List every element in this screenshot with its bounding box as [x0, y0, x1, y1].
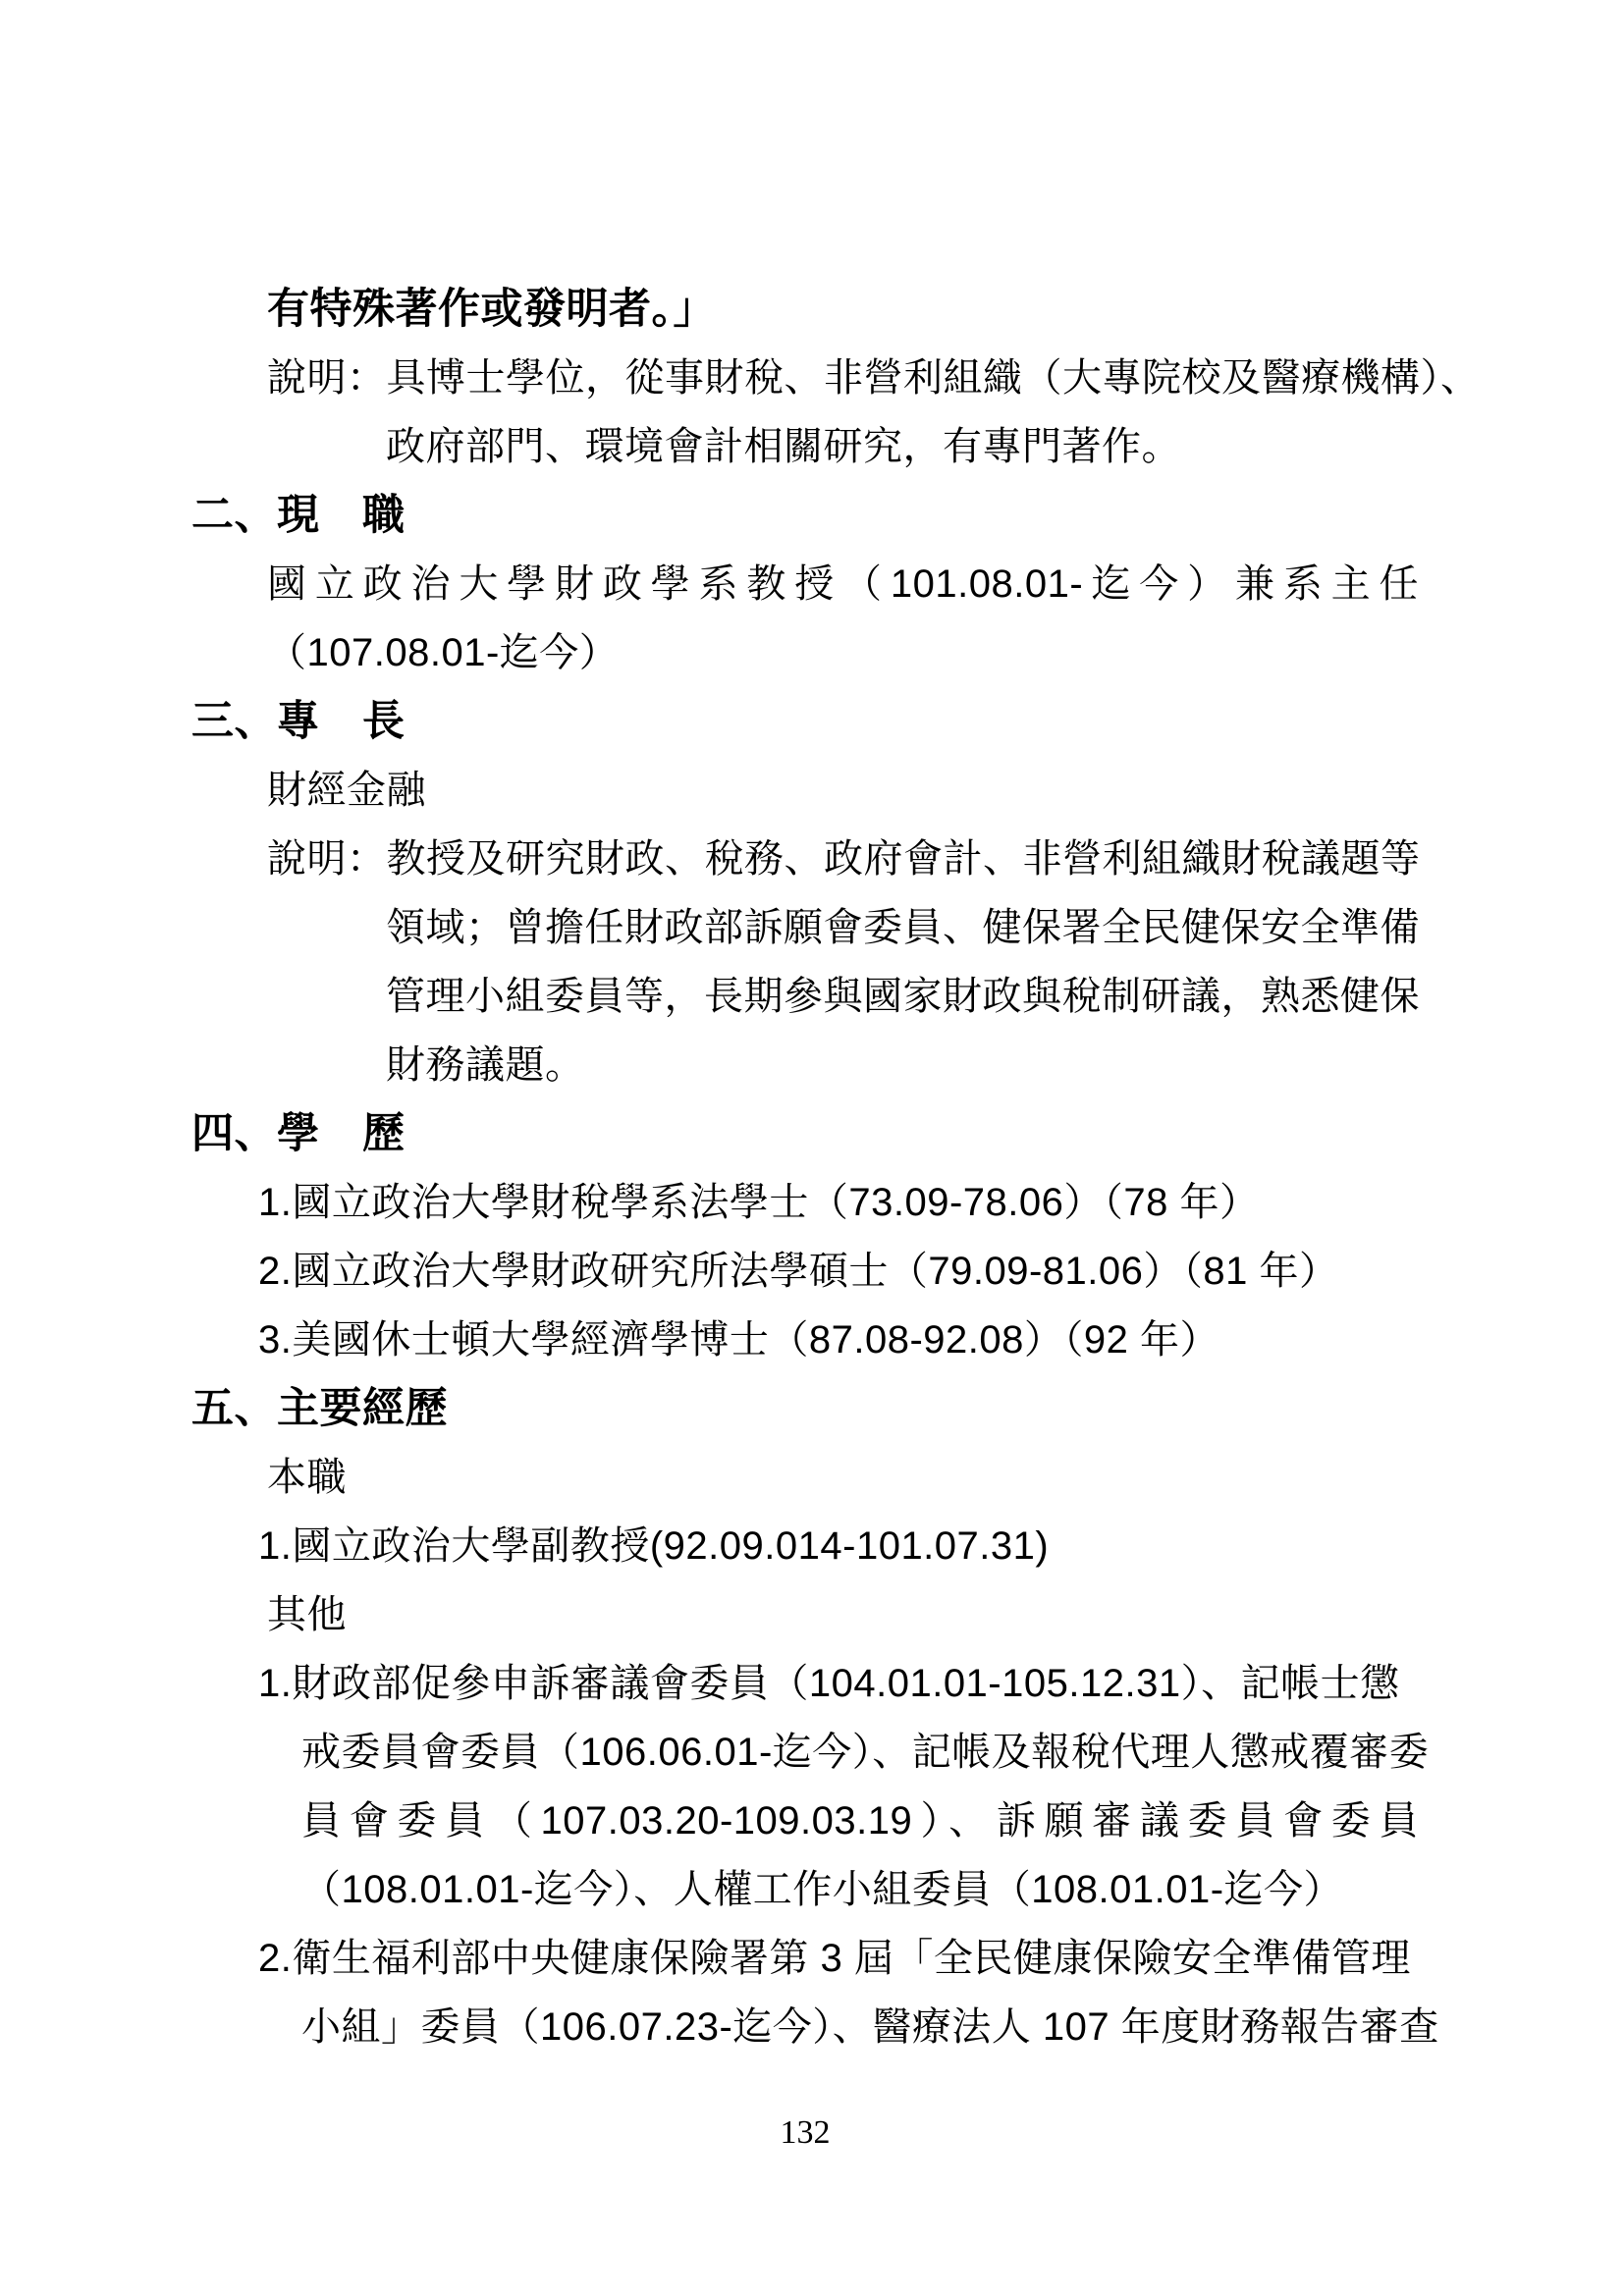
experience-primary-label: 本職	[191, 1443, 1419, 1512]
specialty-note-line-3: 管理小組委員等，長期參與國家財政與稅制研議，熟悉健保	[191, 962, 1419, 1031]
heading-experience: 五、主要經歷	[191, 1374, 1419, 1443]
education-item-2: 2.國立政治大學財政研究所法學碩士（79.09-81.06）（81 年）	[191, 1237, 1419, 1306]
experience-other-item-1-line-3: 員會委員（107.03.20-109.03.19）、訴願審議委員會委員	[191, 1787, 1419, 1855]
experience-primary-item-1: 1.國立政治大學副教授(92.09.014-101.07.31)	[191, 1512, 1419, 1580]
experience-other-item-1-line-2: 戒委員會委員（106.06.01-迄今）、記帳及報稅代理人懲戒覆審委	[191, 1718, 1419, 1787]
specialty-note-line-4: 財務議題。	[191, 1031, 1419, 1099]
experience-other-label: 其他	[191, 1580, 1419, 1649]
heading-current-position: 二、現 職	[191, 481, 1419, 550]
heading-education: 四、學 歷	[191, 1099, 1419, 1168]
experience-other-item-2-line-2: 小組」委員（106.07.23-迄今）、醫療法人 107 年度財務報告審查	[191, 1993, 1419, 2061]
document-content: 有特殊著作或發明者。」 說明：具博士學位，從事財稅、非營利組織（大專院校及醫療機…	[191, 275, 1419, 2061]
specialty-field: 財經金融	[191, 756, 1419, 825]
quote-end-bold-line: 有特殊著作或發明者。」	[191, 275, 1419, 344]
page-number: 132	[191, 2109, 1419, 2158]
specialty-note-line-1: 說明：教授及研究財政、稅務、政府會計、非營利組織財稅議題等	[191, 825, 1419, 893]
education-item-1: 1.國立政治大學財稅學系法學士（73.09-78.06）（78 年）	[191, 1168, 1419, 1237]
experience-other-item-1-line-1: 1.財政部促參申訴審議會委員（104.01.01-105.12.31）、記帳士懲	[191, 1649, 1419, 1718]
current-position-line-2: （107.08.01-迄今）	[191, 618, 1419, 687]
intro-note-line-1: 說明：具博士學位，從事財稅、非營利組織（大專院校及醫療機構）、	[191, 344, 1419, 412]
heading-specialty: 三、專 長	[191, 687, 1419, 756]
education-item-3: 3.美國休士頓大學經濟學博士（87.08-92.08）（92 年）	[191, 1306, 1419, 1374]
current-position-line-1: 國立政治大學財政學系教授（101.08.01-迄今）兼系主任	[191, 550, 1419, 618]
specialty-note-line-2: 領域；曾擔任財政部訴願會委員、健保署全民健保安全準備	[191, 893, 1419, 962]
experience-other-item-1-line-4: （108.01.01-迄今）、人權工作小組委員（108.01.01-迄今）	[191, 1855, 1419, 1924]
experience-other-item-2-line-1: 2.衛生福利部中央健康保險署第 3 屆「全民健康保險安全準備管理	[191, 1924, 1419, 1993]
intro-note-line-2: 政府部門、環境會計相關研究，有專門著作。	[191, 412, 1419, 481]
document-page: 有特殊著作或發明者。」 說明：具博士學位，從事財稅、非營利組織（大專院校及醫療機…	[0, 0, 1624, 2296]
